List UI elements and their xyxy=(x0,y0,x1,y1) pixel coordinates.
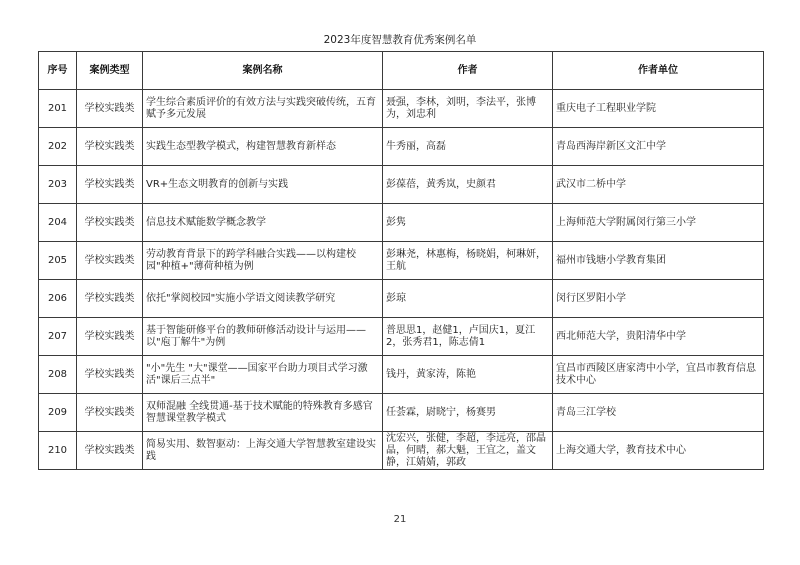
case-name-cell: 基于智能研修平台的教师研修活动设计与运用——以"庖丁解牛"为例 xyxy=(143,318,383,356)
case-type-cell: 学校实践类 xyxy=(77,128,143,166)
author-organization-cell: 宜昌市西陵区唐家湾中小学，宜昌市教育信息技术中心 xyxy=(553,356,764,394)
table-row: 201 学校实践类 学生综合素质评价的有效方法与实践突破传统，五育赋予多元发展 … xyxy=(39,90,764,128)
case-name-cell: 实践生态型教学模式，构建智慧教育新样态 xyxy=(143,128,383,166)
table-row: 202 学校实践类 实践生态型教学模式，构建智慧教育新样态 牛秀丽，高磊 青岛西… xyxy=(39,128,764,166)
authors-cell: 彭葆蓓，黄秀岚，史颜君 xyxy=(383,166,553,204)
case-name-cell: 依托"掌阅校园"实施小学语文阅读教学研究 xyxy=(143,280,383,318)
case-name-cell: "小"先生 "大"课堂——国家平台助力项目式学习激活"课后三点半" xyxy=(143,356,383,394)
case-name-cell: 劳动教育背景下的跨学科融合实践——以构建校园"种植+"薄荷种植为例 xyxy=(143,242,383,280)
serial-number-cell: 204 xyxy=(39,204,77,242)
header-case-name: 案例名称 xyxy=(143,52,383,90)
case-type-cell: 学校实践类 xyxy=(77,280,143,318)
authors-cell: 沈宏兴，张健，李超，李远亮，邵晶晶，何晴，郝大魁，王宜之，盖文静，江婧婧，郭政 xyxy=(383,432,553,470)
author-organization-cell: 武汉市二桥中学 xyxy=(553,166,764,204)
author-organization-cell: 闵行区罗阳小学 xyxy=(553,280,764,318)
table-row: 203 学校实践类 VR+生态文明教育的创新与实践 彭葆蓓，黄秀岚，史颜君 武汉… xyxy=(39,166,764,204)
serial-number-cell: 208 xyxy=(39,356,77,394)
author-organization-cell: 青岛西海岸新区文汇中学 xyxy=(553,128,764,166)
authors-cell: 彭琳尧，林惠梅，杨晓娟，柯琳妍，王航 xyxy=(383,242,553,280)
case-type-cell: 学校实践类 xyxy=(77,394,143,432)
authors-cell: 牛秀丽，高磊 xyxy=(383,128,553,166)
header-author-organization: 作者单位 xyxy=(553,52,764,90)
table-row: 206 学校实践类 依托"掌阅校园"实施小学语文阅读教学研究 彭琼 闵行区罗阳小… xyxy=(39,280,764,318)
table-row: 208 学校实践类 "小"先生 "大"课堂——国家平台助力项目式学习激活"课后三… xyxy=(39,356,764,394)
author-organization-cell: 上海师范大学附属闵行第三小学 xyxy=(553,204,764,242)
authors-cell: 彭琼 xyxy=(383,280,553,318)
serial-number-cell: 210 xyxy=(39,432,77,470)
table-row: 210 学校实践类 简易实用、数智驱动：上海交通大学智慧教室建设实践 沈宏兴，张… xyxy=(39,432,764,470)
serial-number-cell: 206 xyxy=(39,280,77,318)
authors-cell: 钱丹，黄家涛，陈艳 xyxy=(383,356,553,394)
page-number: 21 xyxy=(0,514,800,525)
serial-number-cell: 205 xyxy=(39,242,77,280)
serial-number-cell: 203 xyxy=(39,166,77,204)
table-row: 209 学校实践类 双师混融 全线贯通-基于技术赋能的特殊教育多感官智慧课堂教学… xyxy=(39,394,764,432)
case-name-cell: 学生综合素质评价的有效方法与实践突破传统，五育赋予多元发展 xyxy=(143,90,383,128)
case-type-cell: 学校实践类 xyxy=(77,432,143,470)
authors-cell: 普思思1，赵健1，卢国庆1，夏江2，张秀君1，陈志倩1 xyxy=(383,318,553,356)
case-type-cell: 学校实践类 xyxy=(77,166,143,204)
case-type-cell: 学校实践类 xyxy=(77,204,143,242)
author-organization-cell: 青岛三江学校 xyxy=(553,394,764,432)
author-organization-cell: 福州市钱塘小学教育集团 xyxy=(553,242,764,280)
table-row: 205 学校实践类 劳动教育背景下的跨学科融合实践——以构建校园"种植+"薄荷种… xyxy=(39,242,764,280)
header-case-type: 案例类型 xyxy=(77,52,143,90)
table-row: 207 学校实践类 基于智能研修平台的教师研修活动设计与运用——以"庖丁解牛"为… xyxy=(39,318,764,356)
case-type-cell: 学校实践类 xyxy=(77,242,143,280)
header-authors: 作者 xyxy=(383,52,553,90)
author-organization-cell: 上海交通大学，教育技术中心 xyxy=(553,432,764,470)
author-organization-cell: 西北师范大学，贵阳清华中学 xyxy=(553,318,764,356)
authors-cell: 任荟霖，尉晓宁，杨赛男 xyxy=(383,394,553,432)
excellent-cases-table: 序号 案例类型 案例名称 作者 作者单位 201 学校实践类 学生综合素质评价的… xyxy=(38,51,764,470)
case-name-cell: 信息技术赋能数学概念教学 xyxy=(143,204,383,242)
case-type-cell: 学校实践类 xyxy=(77,356,143,394)
serial-number-cell: 209 xyxy=(39,394,77,432)
case-name-cell: 双师混融 全线贯通-基于技术赋能的特殊教育多感官智慧课堂教学模式 xyxy=(143,394,383,432)
case-type-cell: 学校实践类 xyxy=(77,318,143,356)
serial-number-cell: 207 xyxy=(39,318,77,356)
case-type-cell: 学校实践类 xyxy=(77,90,143,128)
table-row: 204 学校实践类 信息技术赋能数学概念教学 彭隽 上海师范大学附属闵行第三小学 xyxy=(39,204,764,242)
authors-cell: 彭隽 xyxy=(383,204,553,242)
case-name-cell: VR+生态文明教育的创新与实践 xyxy=(143,166,383,204)
header-serial-number: 序号 xyxy=(39,52,77,90)
case-name-cell: 简易实用、数智驱动：上海交通大学智慧教室建设实践 xyxy=(143,432,383,470)
serial-number-cell: 201 xyxy=(39,90,77,128)
document-title: 2023年度智慧教育优秀案例名单 xyxy=(0,34,800,46)
serial-number-cell: 202 xyxy=(39,128,77,166)
table-header-row: 序号 案例类型 案例名称 作者 作者单位 xyxy=(39,52,764,90)
authors-cell: 聂强，李林，刘明，李法平，张博为，刘忠利 xyxy=(383,90,553,128)
author-organization-cell: 重庆电子工程职业学院 xyxy=(553,90,764,128)
